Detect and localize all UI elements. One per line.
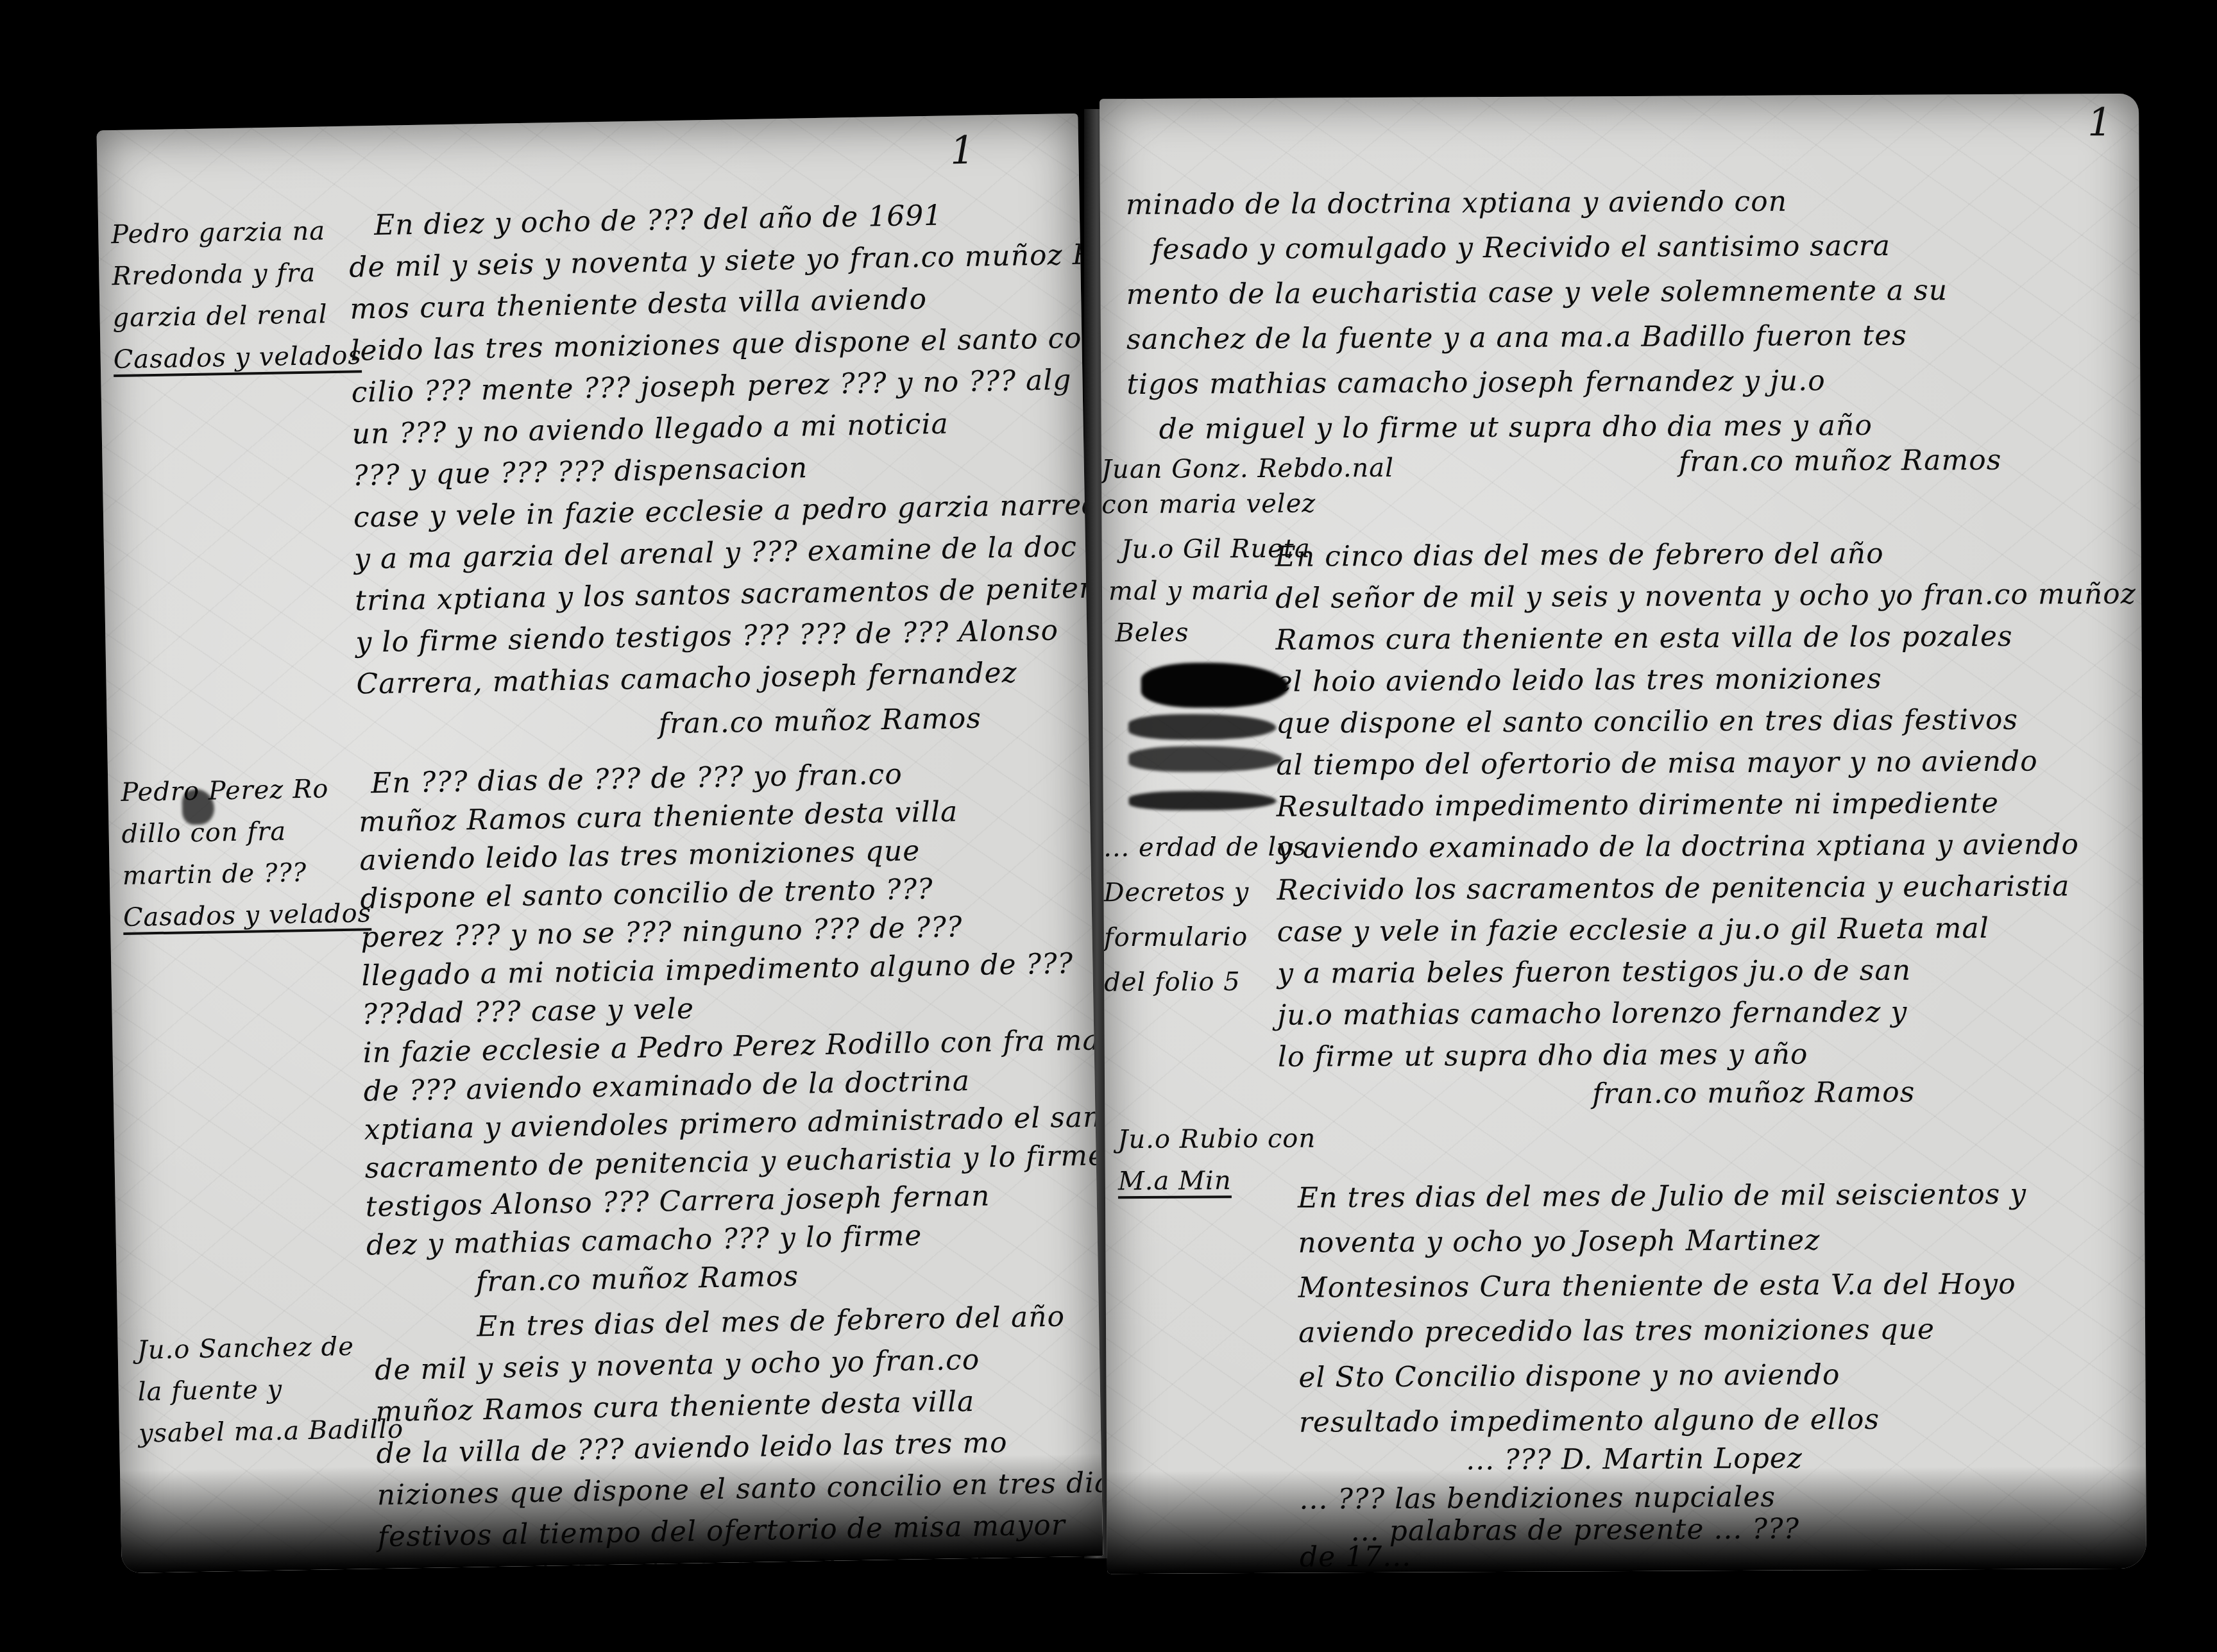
entry-3-text: En tres dias del mes de febrero del año … [96, 114, 1078, 131]
signature: fran.co muñoz Ramos [1679, 444, 2001, 478]
entry-1-text: En diez y ocho de ??? del año de 1691 de… [96, 114, 1078, 131]
ink-blot [1141, 662, 1289, 708]
right-page: 1 minado de la doctrina xptiana y aviend… [1100, 94, 2146, 1574]
page-edge-shadow [120, 1454, 1103, 1574]
entry-rubio-text: En tres dias del mes de Julio de mil sei… [1100, 94, 2139, 99]
entry-gil-rueta-text: En cinco dias del mes de febrero del año… [1100, 94, 2139, 99]
margin-note-decretos: ... erdad de los Decretos y formulario d… [1100, 94, 2139, 99]
signature: fran.co muñoz Ramos [658, 702, 981, 741]
ink-blot [1129, 791, 1277, 811]
signature: fran.co muñoz Ramos [475, 1260, 799, 1299]
margin-note-entry-3: Ju.o Sanchez de la fuente y ysabel ma.a … [96, 114, 1078, 131]
ink-blot [1128, 714, 1276, 740]
continued-entry-text: minado de la doctrina xptiana y aviendo … [1100, 94, 2139, 99]
folio-mark: 1 [950, 128, 975, 174]
margin-note-rubio: Ju.o Rubio con M.a Min [1100, 94, 2139, 99]
folio-mark: 1 [2087, 100, 2112, 145]
margin-note-juan-gonzalez: Juan Gonz. Rebdo.nal con maria velez [1100, 94, 2139, 99]
ink-blot [1128, 746, 1282, 772]
left-page: 1 Pedro garzia na Rredonda y fra garzia … [96, 114, 1103, 1573]
margin-note-entry-2: Pedro Perez Ro dillo con fra martin de ?… [96, 114, 1078, 131]
page-edge-shadow [1107, 1466, 2146, 1574]
margin-note-entry-gil-rueta: Ju.o Gil Rueta mal y maria Beles [1100, 94, 2139, 99]
signature: fran.co muñoz Ramos [1592, 1076, 1915, 1111]
entry-2-text: En ??? dias de ??? de ??? yo fran.co muñ… [96, 114, 1078, 131]
margin-note-entry-1: Pedro garzia na Rredonda y fra garzia de… [96, 114, 1078, 131]
